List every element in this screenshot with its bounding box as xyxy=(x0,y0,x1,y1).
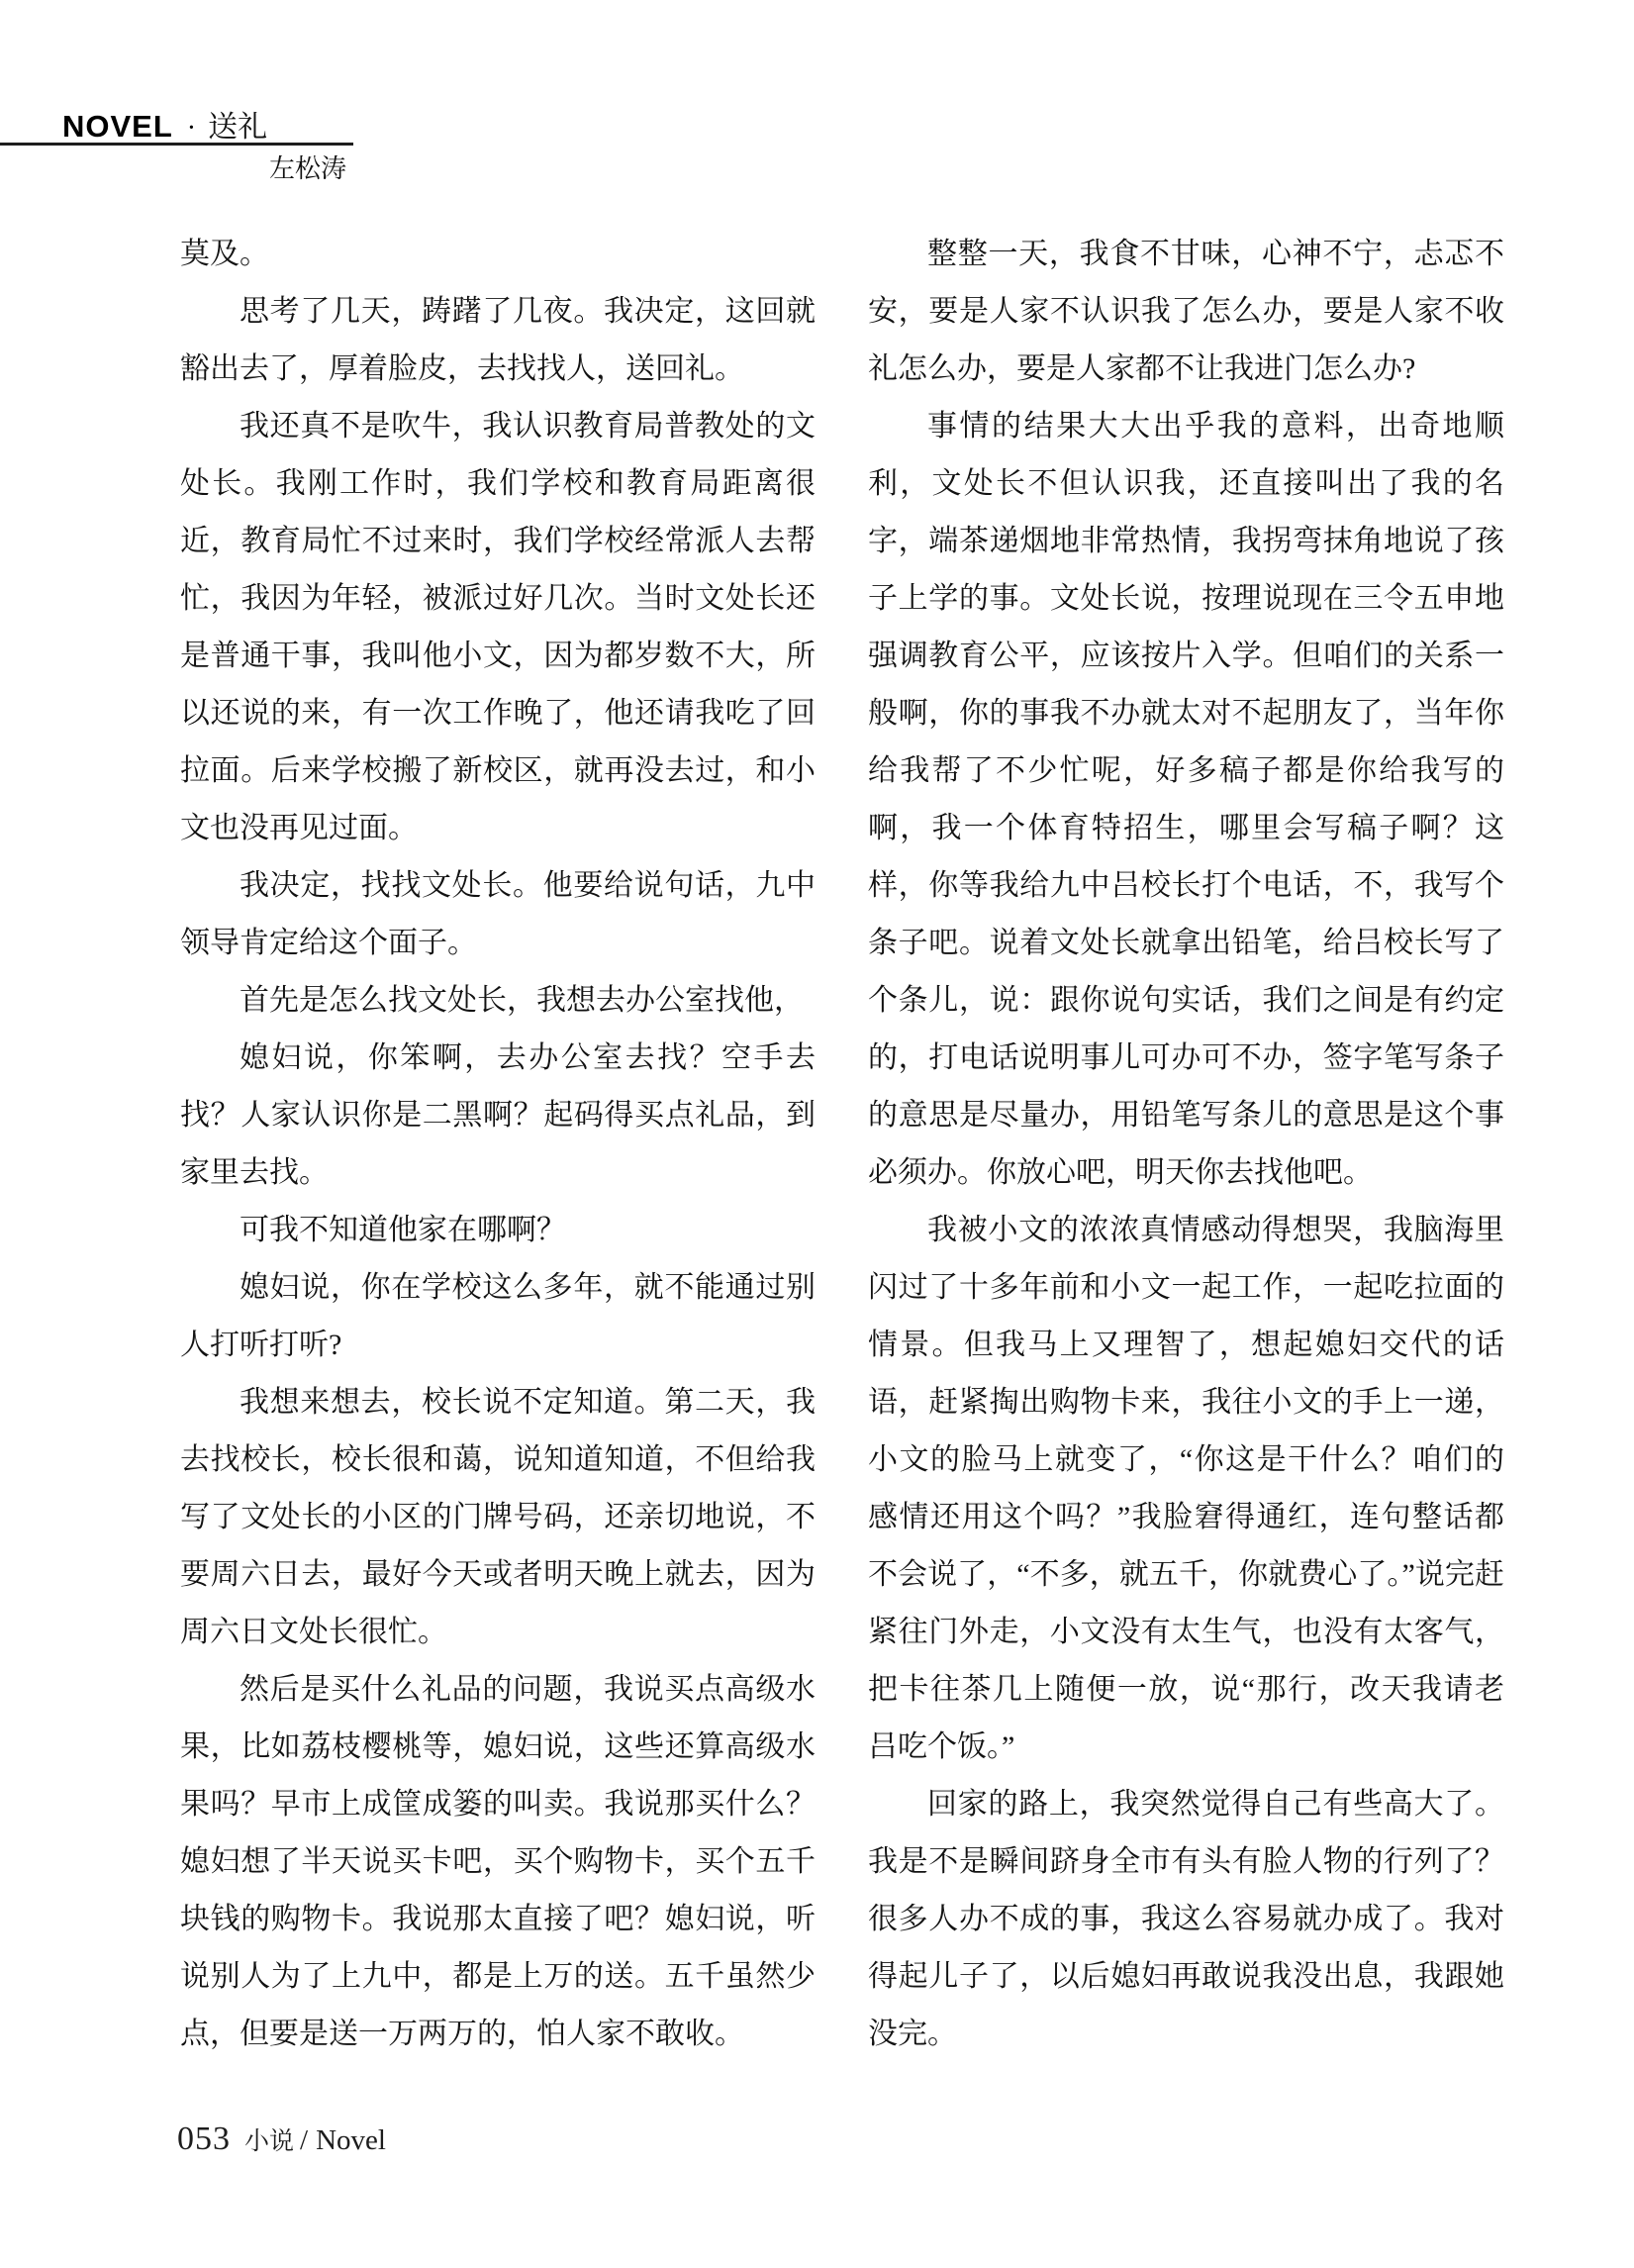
paragraph: 媳妇说，你在学校这么多年，就不能通过别人打听打听? xyxy=(180,1259,816,1374)
section-label-en: NOVEL xyxy=(62,109,173,145)
paragraph: 媳妇说，你笨啊，去办公室去找？空手去找？人家认识你是二黑啊？起码得买点礼品，到家… xyxy=(180,1030,816,1202)
page-number: 053 xyxy=(177,2120,231,2158)
paragraph: 我被小文的浓浓真情感动得想哭，我脑海里闪过了十多年前和小文一起工作，一起吃拉面的… xyxy=(868,1202,1504,1776)
header-rule xyxy=(0,143,353,146)
page-footer: 053 小说 / Novel xyxy=(177,2120,386,2158)
paragraph: 思考了几天，踌躇了几夜。我决定，这回就豁出去了，厚着脸皮，去找找人，送回礼。 xyxy=(180,283,816,398)
page-header: NOVEL · 送礼 xyxy=(62,102,267,146)
story-title: 送礼 xyxy=(208,102,267,146)
paragraph: 整整一天，我食不甘味，心神不宁，忐忑不安，要是人家不认识我了怎么办，要是人家不收… xyxy=(868,226,1504,398)
paragraph: 可我不知道他家在哪啊？ xyxy=(180,1202,816,1259)
text-column-left: 莫及。思考了几天，踌躇了几夜。我决定，这回就豁出去了，厚着脸皮，去找找人，送回礼… xyxy=(180,226,816,2087)
text-column-right: 整整一天，我食不甘味，心神不宁，忐忑不安，要是人家不认识我了怎么办，要是人家不收… xyxy=(868,226,1504,2087)
paragraph: 首先是怎么找文处长，我想去办公室找他， xyxy=(180,972,816,1030)
separator-dot: · xyxy=(187,113,196,145)
paragraph: 我还真不是吹牛，我认识教育局普教处的文处长。我刚工作时，我们学校和教育局距离很近… xyxy=(180,398,816,857)
paragraph: 莫及。 xyxy=(180,226,816,283)
footer-section-en: Novel xyxy=(316,2124,386,2157)
footer-slash: / xyxy=(300,2124,308,2157)
magazine-page: NOVEL · 送礼 左松涛 莫及。思考了几天，踌躇了几夜。我决定，这回就豁出去… xyxy=(0,0,1634,2268)
paragraph: 事情的结果大大出乎我的意料，出奇地顺利，文处长不但认识我，还直接叫出了我的名字，… xyxy=(868,398,1504,1202)
footer-section-cn: 小说 xyxy=(244,2121,294,2157)
paragraph: 然后是买什么礼品的问题，我说买点高级水果，比如荔枝樱桃等，媳妇说，这些还算高级水… xyxy=(180,1661,816,2063)
paragraph: 我决定，找找文处长。他要给说句话，九中领导肯定给这个面子。 xyxy=(180,857,816,972)
paragraph: 回家的路上，我突然觉得自己有些高大了。我是不是瞬间跻身全市有头有脸人物的行列了？… xyxy=(868,1776,1504,2063)
author-name: 左松涛 xyxy=(269,148,346,185)
paragraph: 我想来想去，校长说不定知道。第二天，我去找校长，校长很和蔼，说知道知道，不但给我… xyxy=(180,1374,816,1661)
